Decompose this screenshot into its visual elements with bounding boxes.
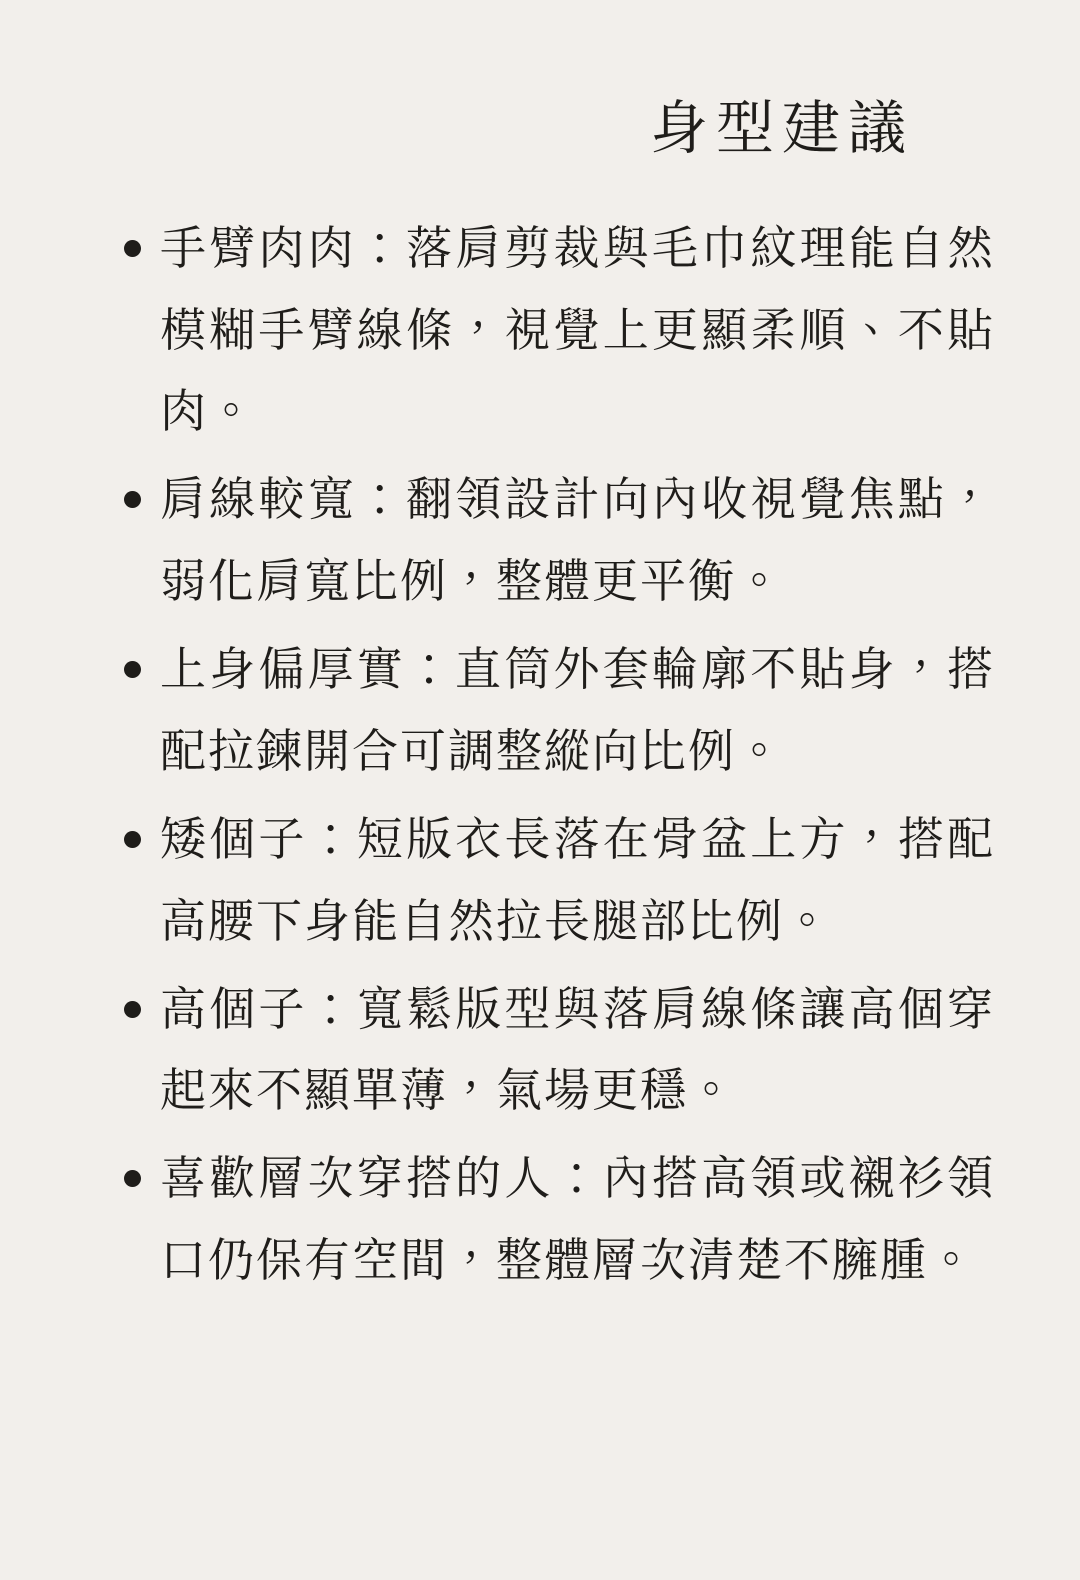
list-item: 喜歡層次穿搭的人：內搭高領或襯衫領口仍保有空間，整體層次清楚不臃腫。: [124, 1138, 995, 1302]
page: 身型建議 手臂肉肉：落肩剪裁與毛巾紋理能自然模糊手臂線條，視覺上更顯柔順、不貼肉…: [0, 0, 1080, 1580]
list-item-text: 肩線較寬：翻領設計向內收視覺焦點，弱化肩寬比例，整體更平衡。: [160, 473, 995, 607]
suggestion-list: 手臂肉肉：落肩剪裁與毛巾紋理能自然模糊手臂線條，視覺上更顯柔順、不貼肉。 肩線較…: [124, 208, 995, 1302]
bullet-icon: [124, 1001, 141, 1018]
list-item: 手臂肉肉：落肩剪裁與毛巾紋理能自然模糊手臂線條，視覺上更顯柔順、不貼肉。: [124, 208, 995, 454]
list-item: 上身偏厚實：直筒外套輪廓不貼身，搭配拉鍊開合可調整縱向比例。: [124, 629, 995, 793]
page-title: 身型建議: [0, 96, 1080, 163]
list-item-text: 手臂肉肉：落肩剪裁與毛巾紋理能自然模糊手臂線條，視覺上更顯柔順、不貼肉。: [160, 222, 995, 438]
bullet-icon: [124, 1170, 141, 1187]
list-item-text: 上身偏厚實：直筒外套輪廓不貼身，搭配拉鍊開合可調整縱向比例。: [160, 643, 995, 777]
list-item: 高個子：寬鬆版型與落肩線條讓高個穿起來不顯單薄，氣場更穩。: [124, 969, 995, 1133]
list-item: 肩線較寬：翻領設計向內收視覺焦點，弱化肩寬比例，整體更平衡。: [124, 459, 995, 623]
list-item: 矮個子：短版衣長落在骨盆上方，搭配高腰下身能自然拉長腿部比例。: [124, 799, 995, 963]
bullet-icon: [124, 831, 141, 848]
list-item-text: 矮個子：短版衣長落在骨盆上方，搭配高腰下身能自然拉長腿部比例。: [160, 813, 995, 947]
list-item-text: 高個子：寬鬆版型與落肩線條讓高個穿起來不顯單薄，氣場更穩。: [160, 983, 995, 1117]
bullet-icon: [124, 661, 141, 678]
bullet-icon: [124, 240, 141, 257]
bullet-icon: [124, 491, 141, 508]
list-item-text: 喜歡層次穿搭的人：內搭高領或襯衫領口仍保有空間，整體層次清楚不臃腫。: [160, 1152, 995, 1286]
